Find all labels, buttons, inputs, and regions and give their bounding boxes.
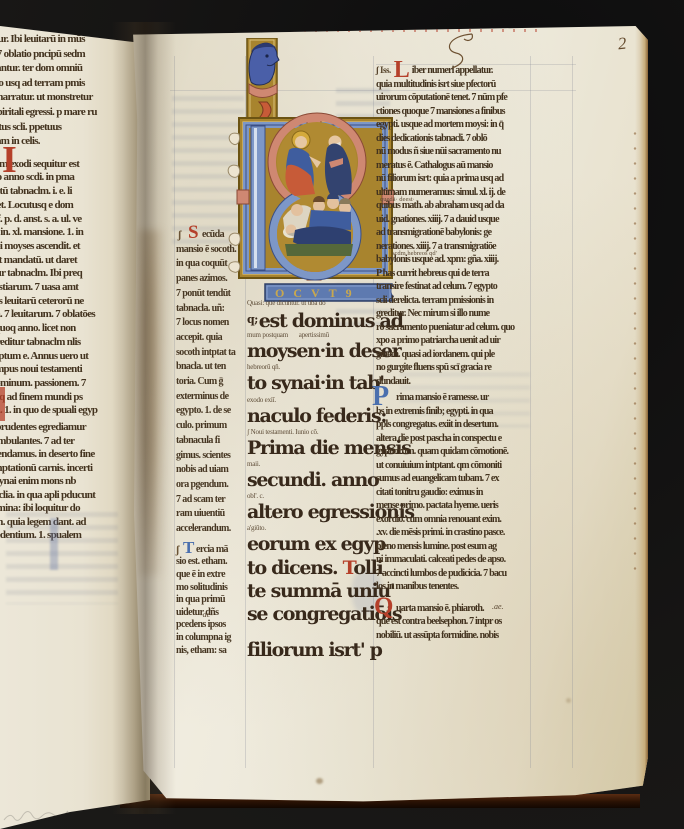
red-initial-L: L — [394, 57, 410, 83]
blue-initial-T: T — [183, 542, 194, 555]
paraph-mark: ʃ — [176, 544, 179, 557]
text-line: uid. gnationes. xiiij. 7 a dauid usque — [376, 213, 528, 227]
gloss-first-line: Tʃercia mā — [176, 544, 250, 557]
text-line: to dicens. — [247, 557, 343, 579]
facing-paragraph: ie locuntur. Ibi leuitarū in mūsstolatio… — [0, 32, 154, 149]
display-line: se congregatiōis — [247, 603, 393, 626]
text-line: egypto spiritali egressi. p mare ru — [0, 105, 154, 120]
text-line: mo solitudinis — [176, 582, 250, 595]
text-line: que est contra beelsephon. 7 intpr os — [376, 615, 528, 629]
interlinear-gloss: maii. — [247, 460, 393, 469]
text-line: is collocatū tabnaclm. i. e. li — [0, 185, 154, 199]
text-line: uirorum cōputationē tenet. 7 nūm pfe — [376, 91, 528, 105]
text-line: ecūda — [202, 229, 224, 240]
text-line: iber numeri appellatur. — [412, 65, 493, 76]
interlinear-gloss: mum postquam apertissimū — [247, 331, 393, 340]
text-line: que ē in extre — [176, 569, 250, 582]
text-line: bs in extremis finib; egypti. in qua — [376, 405, 528, 419]
text-line: dies dedicationis tabnacli. 7 oblō — [376, 132, 528, 146]
text-line: eisdem quoq anno. licet non — [0, 322, 154, 336]
text-line: nū modus ñ siue nūi sacramento nu — [376, 145, 528, 159]
text-line: exterminus de — [176, 390, 250, 405]
text-line: ro sacramento pueniatur ad celum. quo — [376, 321, 528, 335]
text-line: rima mansio ē ramesse. ur — [396, 392, 488, 403]
text-line: fabricatur tabnaclm. Ibi preq — [0, 267, 154, 281]
text-line: halogus narratur. ut monstretur — [0, 90, 154, 105]
gloss-lines: mansio ē socoth.in qua coquūtpanes azimo… — [176, 243, 250, 537]
photo-backdrop: ie locuntur. Ibi leuitarū in mūsstolatio… — [0, 0, 684, 829]
commentary-lines: bs in extremis finib; egypti. in quappls… — [376, 405, 528, 594]
pricking-dots — [633, 126, 637, 572]
text-line: descendit mandatū. ut daret — [0, 254, 154, 268]
text-line: arū pselitus scli. ppetuus — [0, 120, 154, 135]
text-line: P has currit hebreus qui de terra — [376, 267, 528, 281]
text-line: ram uiuentiū — [176, 507, 250, 522]
quire-mark: -ae- — [200, 610, 213, 619]
text-line: .xv. die mēsis primi. in crastino pasce. — [376, 526, 528, 540]
text-line: tabnacula fi — [176, 434, 250, 449]
text-line: accelerandum. — [176, 522, 250, 537]
pencil-scribble — [2, 806, 72, 824]
interlinear-gloss: hebreorū qñ. — [247, 363, 393, 372]
text-line: dundauit. — [376, 375, 528, 389]
text-line: no gurgite fluens spū scī gracia re — [376, 361, 528, 375]
facing-page-edge: ie locuntur. Ibi leuitarū in mūsstolatio… — [0, 0, 150, 829]
display-line: q;est dominus ad — [247, 308, 393, 331]
text-line: apite nitet. Locutusq e dom — [0, 199, 154, 213]
text-line: ni immaculati. calceati pedes de apso. — [376, 553, 528, 567]
text-line: synai. ubi moyses ascendit. et — [0, 240, 154, 254]
stain-spot — [566, 698, 571, 703]
commentary-lines: que est contra beelsephon. 7 intpr osnob… — [376, 615, 528, 642]
text-line: greditur. Nec mirum si illo nume — [376, 307, 528, 321]
text-line: socoth intptat ta — [176, 346, 250, 361]
text-line: exordio. cum omnia renouant exim. — [376, 513, 528, 527]
text-line: issionis tendamus. in deserto fine — [0, 448, 154, 462]
show-through-initial — [50, 518, 58, 570]
text-line: panes azimos. — [176, 272, 250, 287]
text-line: anie pmo anno scdi. in pma — [0, 171, 154, 185]
text-line: ie locuntur. Ibi leuitarū in mūs — [0, 32, 154, 47]
text-line: bapm. in. 1. in quo de spuali egyp — [0, 404, 154, 418]
gloss-first-line: Sʃecūda — [176, 228, 250, 243]
text-line: nimus. Synai enim mons nb — [0, 475, 154, 489]
display-line: altero egressionis — [247, 501, 393, 524]
text-line: ur uite ambulantes. 7 ad ter — [0, 435, 154, 449]
text-line: xpo a primo patriarcha uenit ad uir — [376, 334, 528, 348]
gloss-column: Sʃecūda mansio ē socoth.in qua coquūtpan… — [176, 228, 250, 657]
text-line: meratus ē. Cathalogus aū mansio — [376, 159, 528, 173]
text-line: accepit. quia — [176, 331, 250, 346]
text-line: gimus. scientes — [176, 449, 250, 464]
text-line: sio est. etham. — [176, 556, 250, 569]
gloss-lines: sio est. etham.que ē in extremo solitudi… — [176, 556, 250, 657]
abbreviation-mark: q; — [247, 313, 258, 326]
interlinear-note: quedā· deest· — [380, 196, 415, 203]
biblical-text-column: Quasi: que dicuntur. ut uba do q;est dom… — [247, 299, 393, 662]
frame-clasp — [237, 190, 249, 204]
text-line: stolatio. 7 oblatio pncipū sedm — [0, 47, 154, 62]
display-line: secundi. anno — [247, 469, 393, 492]
text-line: mansio ē socoth. — [176, 243, 250, 258]
red-initial-S: S — [188, 226, 198, 241]
red-edge-marks — [238, 29, 544, 32]
incipit-letters: OCVT9 — [275, 286, 361, 300]
text-line: uidetur dñs — [176, 607, 250, 620]
cropped-red-initial — [0, 387, 5, 421]
text-line: sumus ad euangelicam tubam. 7 ex — [376, 472, 528, 486]
text-line: an patriam in celis. — [0, 134, 154, 149]
quire-mark: .ae. — [492, 602, 504, 611]
facing-page-text: ie locuntur. Ibi leuitarū in mūsstolatio… — [0, 32, 154, 556]
red-initial-T: T — [343, 557, 354, 579]
text-line: nū filiorum isrt: quia a prima usq ad — [376, 172, 528, 186]
show-through-ghost — [6, 512, 118, 604]
text-line: tur uite prudentes egrediamur — [0, 421, 154, 435]
folio-number: 2 — [617, 34, 628, 55]
text-line: pleno mensis lumine. post esum ag — [376, 540, 528, 554]
commentary-paragraph-prima: Prima mansio ē ramesse. ur bs in extremi… — [376, 389, 528, 594]
text-line: anum usq ad finem mundi ps — [0, 391, 154, 405]
text-line: nobis ad uiam — [176, 463, 250, 478]
commentary-first-line: Prima mansio ē ramesse. ur — [376, 389, 528, 405]
ruling-line — [530, 56, 531, 768]
text-line: nis, etham: sa — [176, 645, 250, 658]
text-line: tratur ecclia. in qua apli pducunt — [0, 489, 154, 503]
text-line: ginem. quasi ad iordanem. qui ple — [376, 348, 528, 362]
text-line: in qua coquūt — [176, 257, 250, 272]
commentary-first-line: Quarta mansio ē. phiaroth. — [376, 600, 528, 616]
text-line: pcedens ipsos — [176, 619, 250, 632]
text-line: ercia mā — [196, 544, 228, 555]
text-line: 7 ad scam ter — [176, 493, 250, 508]
text-line: mense primo. pactata hyeme. ueris — [376, 499, 528, 513]
text-line: egypti. usque ad mortem moysi: in q̄ — [376, 118, 528, 132]
text-line: altera die post pascha in conspectu e — [376, 432, 528, 446]
text-line: nobiliū. ut assūpta formidine. nobis — [376, 629, 528, 643]
text-line: is. quo creditur tabnaclm nlis — [0, 336, 154, 350]
text-line: p ipm dominum. passionem. 7 — [0, 377, 154, 391]
interlinear-gloss: Quasi: que dicuntur. ut uba do — [247, 299, 393, 308]
illuminated-initial-L: OCVT9 — [225, 38, 394, 302]
text-line: ctiones quoque 7 mansiones a finibus — [376, 105, 528, 119]
text-line: ismis. hostiarum. 7 uasa amt — [0, 281, 154, 295]
text-line: scli derelicta. terram pmissionis in — [376, 294, 528, 308]
green-bed — [285, 244, 353, 256]
commentary-first-line: ʃ Iss.Liber numeri appellatur. — [376, 62, 528, 78]
text-line: dum. qd in. xl. mansione. 1. in — [0, 226, 154, 240]
facing-paragraph: uxta finem exodi sequitur estanie pmo an… — [0, 158, 154, 418]
gloss-paragraph-secunda: Sʃecūda mansio ē socoth.in qua coquūtpan… — [176, 228, 250, 537]
text-line: egypto. 1. de se — [176, 404, 250, 419]
text-line: citati tonitru gaudio: eximus in — [376, 486, 528, 500]
gutter-stain — [132, 230, 166, 575]
text-line: pontifices leuitarū ceterorū ne — [0, 295, 154, 309]
text-line: am sacrantur. ter dom omniū — [0, 61, 154, 76]
text-line: flictu temptationū carnis. incerti — [0, 462, 154, 476]
display-line: filiorum isrt' p — [247, 639, 393, 662]
text-line: ad transmigrationē babylonis: ge — [376, 226, 528, 240]
text-line: 7 accincti lumbos de pudicicia. 7 bacu — [376, 567, 528, 581]
text-line: uotorum. 7 leuitarum. 7 oblatōes — [0, 308, 154, 322]
text-line: bnacla. ut ten — [176, 360, 250, 375]
miniature-top-scene — [277, 122, 357, 202]
display-line: moysen·in deser — [247, 340, 393, 363]
text-line: ora pgendum. — [176, 478, 250, 493]
text-line: uarta mansio ē. phiaroth. — [396, 603, 484, 614]
display-line: Prima die mensis — [247, 437, 393, 460]
ruling-line — [572, 56, 573, 768]
commentary-paragraph-liber: ʃ Iss.Liber numeri appellatur. quia mult… — [376, 62, 528, 388]
text-line: ndus. tempus noui testamenti — [0, 363, 154, 377]
display-line: eorum ex egyp — [247, 533, 393, 556]
display-line: to dicens. Tolli — [247, 557, 393, 580]
gloss-paragraph-tercia: Tʃercia mā sio est. etham.que ē in extre… — [176, 544, 250, 657]
red-initial-Q: Q — [374, 597, 393, 617]
blue-initial-P: P — [372, 386, 389, 408]
text-line: culo. primum — [176, 419, 250, 434]
text-line: in columpna ig — [176, 632, 250, 645]
text-line: s. l. in. t. f. p. d. anst. s. a. ul. ve — [0, 213, 154, 227]
commentary-column: ʃ Iss.Liber numeri appellatur. quia mult… — [376, 62, 528, 642]
interlinear-gloss: ʃ Noui testamenti. Iunio cō. — [247, 428, 393, 437]
text-line: uxta finem exodi sequitur est — [0, 158, 154, 172]
text-line: toria. Cum ḡ — [176, 375, 250, 390]
interlinear-gloss: a'giūto. — [247, 524, 393, 533]
text-line: tabnacla. uñ: — [176, 302, 250, 317]
marginal-source-note: ʃ Iss. — [376, 65, 391, 75]
text-line: ut descriptum e. Annus uero ut — [0, 350, 154, 364]
text-line: transire festinat ad celum. 7 egypto — [376, 280, 528, 294]
text-line: ppls congregatus. exiit in desertum. — [376, 418, 528, 432]
text-line: gyptiorum. quam quidam cōmotionē. — [376, 445, 528, 459]
text-line: 7 ponūt tendūt — [176, 287, 250, 302]
interlinear-note: scdm hebreos qd' — [392, 250, 437, 257]
text-line: ut conuiuium intptant. qm cōmoniti — [376, 459, 528, 473]
manuscript-folio: 2 — [130, 26, 648, 814]
text-line: ab egypto usq ad terram pmis — [0, 76, 154, 91]
commentary-paragraph-quarta: Quarta mansio ē. phiaroth. que est contr… — [376, 600, 528, 643]
paraph-mark: ʃ — [178, 228, 181, 243]
stain-spot — [316, 778, 323, 784]
text-line: in qua primū — [176, 594, 250, 607]
commentary-lines: quia multitudinis isrt siue pfectorūuiro… — [376, 78, 528, 389]
text-line: 7 locus nomen — [176, 316, 250, 331]
text-line: los in manibus tenentes. — [376, 580, 528, 594]
red-initial-I: I — [2, 140, 17, 180]
interlinear-gloss: obl'. c. — [247, 492, 393, 501]
display-line: te summā uniu' — [247, 580, 393, 603]
